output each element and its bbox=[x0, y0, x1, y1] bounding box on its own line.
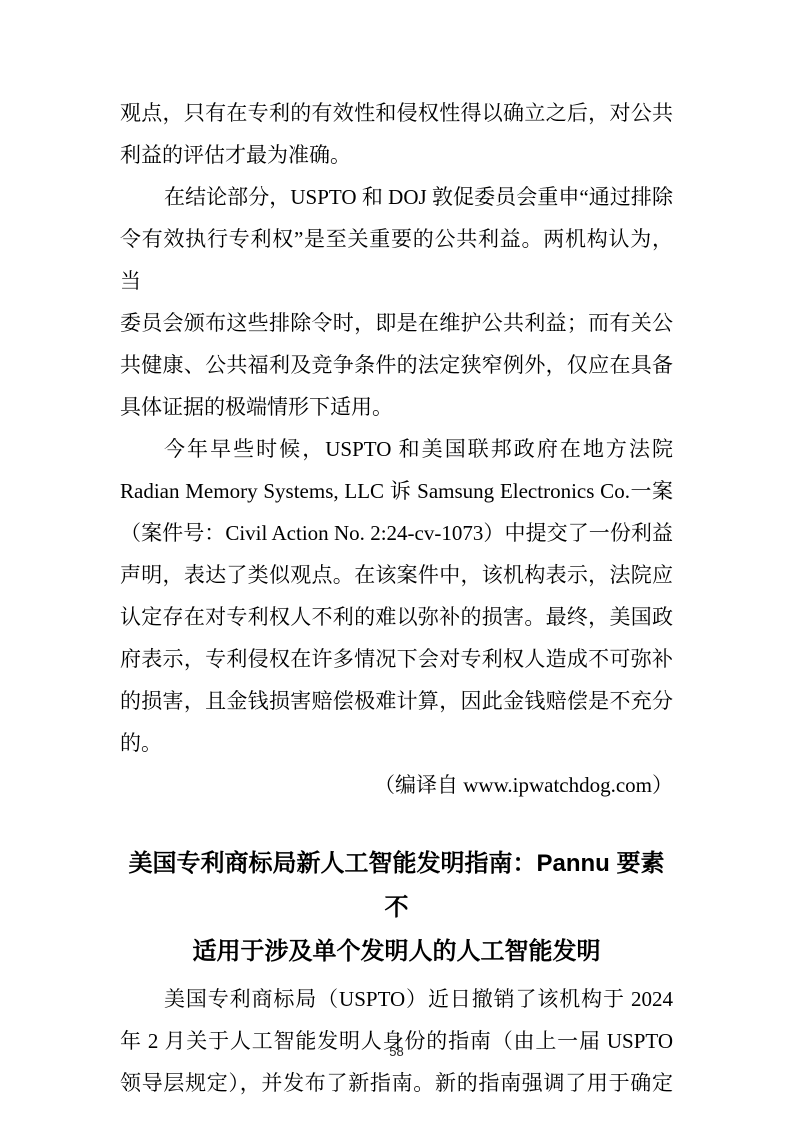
body-text-line: 共健康、公共福利及竞争条件的法定狭窄例外，仅应在具备 bbox=[120, 344, 673, 386]
body-text-line: 认定存在对专利权人不利的难以弥补的损害。最终，美国政 bbox=[120, 596, 673, 638]
body-text-line: Radian Memory Systems, LLC 诉 Samsung Ele… bbox=[120, 470, 673, 512]
paragraph: 在结论部分，USPTO 和 DOJ 敦促委员会重申“通过排除令有效执行专利权”是… bbox=[120, 176, 673, 428]
body-text-line: 利益的评估才最为准确。 bbox=[120, 134, 673, 176]
body-text-line: 声明，表达了类似观点。在该案件中，该机构表示，法院应 bbox=[120, 554, 673, 596]
body-text-line: 具体证据的极端情形下适用。 bbox=[120, 386, 673, 428]
article-title-line: 适用于涉及单个发明人的人工智能发明 bbox=[120, 930, 673, 974]
paragraph: 美国专利商标局（USPTO）近日撤销了该机构于 2024年 2 月关于人工智能发… bbox=[120, 978, 673, 1104]
page-number: 58 bbox=[0, 1044, 793, 1059]
paragraph: 观点，只有在专利的有效性和侵权性得以确立之后，对公共利益的评估才最为准确。 bbox=[120, 92, 673, 176]
source-attribution: （编译自 www.ipwatchdog.com） bbox=[120, 764, 673, 806]
body-text-line: 的损害，且金钱损害赔偿极难计算，因此金钱赔偿是不充分 bbox=[120, 680, 673, 722]
body-text-line: 令有效执行专利权”是至关重要的公共利益。两机构认为，当 bbox=[120, 218, 673, 302]
paragraph: 今年早些时候，USPTO 和美国联邦政府在地方法院Radian Memory S… bbox=[120, 428, 673, 764]
body-text-line: 领导层规定），并发布了新指南。新的指南强调了用于确定 bbox=[120, 1062, 673, 1104]
body-text-line: 观点，只有在专利的有效性和侵权性得以确立之后，对公共 bbox=[120, 92, 673, 134]
document-page: 观点，只有在专利的有效性和侵权性得以确立之后，对公共利益的评估才最为准确。在结论… bbox=[0, 0, 793, 1122]
article-title: 美国专利商标局新人工智能发明指南：Pannu 要素不适用于涉及单个发明人的人工智… bbox=[120, 842, 673, 974]
body-text-line: （案件号：Civil Action No. 2:24-cv-1073）中提交了一… bbox=[120, 512, 673, 554]
body-text-line: 美国专利商标局（USPTO）近日撤销了该机构于 2024 bbox=[120, 978, 673, 1020]
body-text-line: 委员会颁布这些排除令时，即是在维护公共利益；而有关公 bbox=[120, 302, 673, 344]
article-title-line: 美国专利商标局新人工智能发明指南：Pannu 要素不 bbox=[120, 842, 673, 930]
body-text-line: 府表示，专利侵权在许多情况下会对专利权人造成不可弥补 bbox=[120, 638, 673, 680]
document-content: 观点，只有在专利的有效性和侵权性得以确立之后，对公共利益的评估才最为准确。在结论… bbox=[120, 92, 673, 1104]
body-text-line: 的。 bbox=[120, 722, 673, 764]
body-text-line: 今年早些时候，USPTO 和美国联邦政府在地方法院 bbox=[120, 428, 673, 470]
body-text-line: 在结论部分，USPTO 和 DOJ 敦促委员会重申“通过排除 bbox=[120, 176, 673, 218]
